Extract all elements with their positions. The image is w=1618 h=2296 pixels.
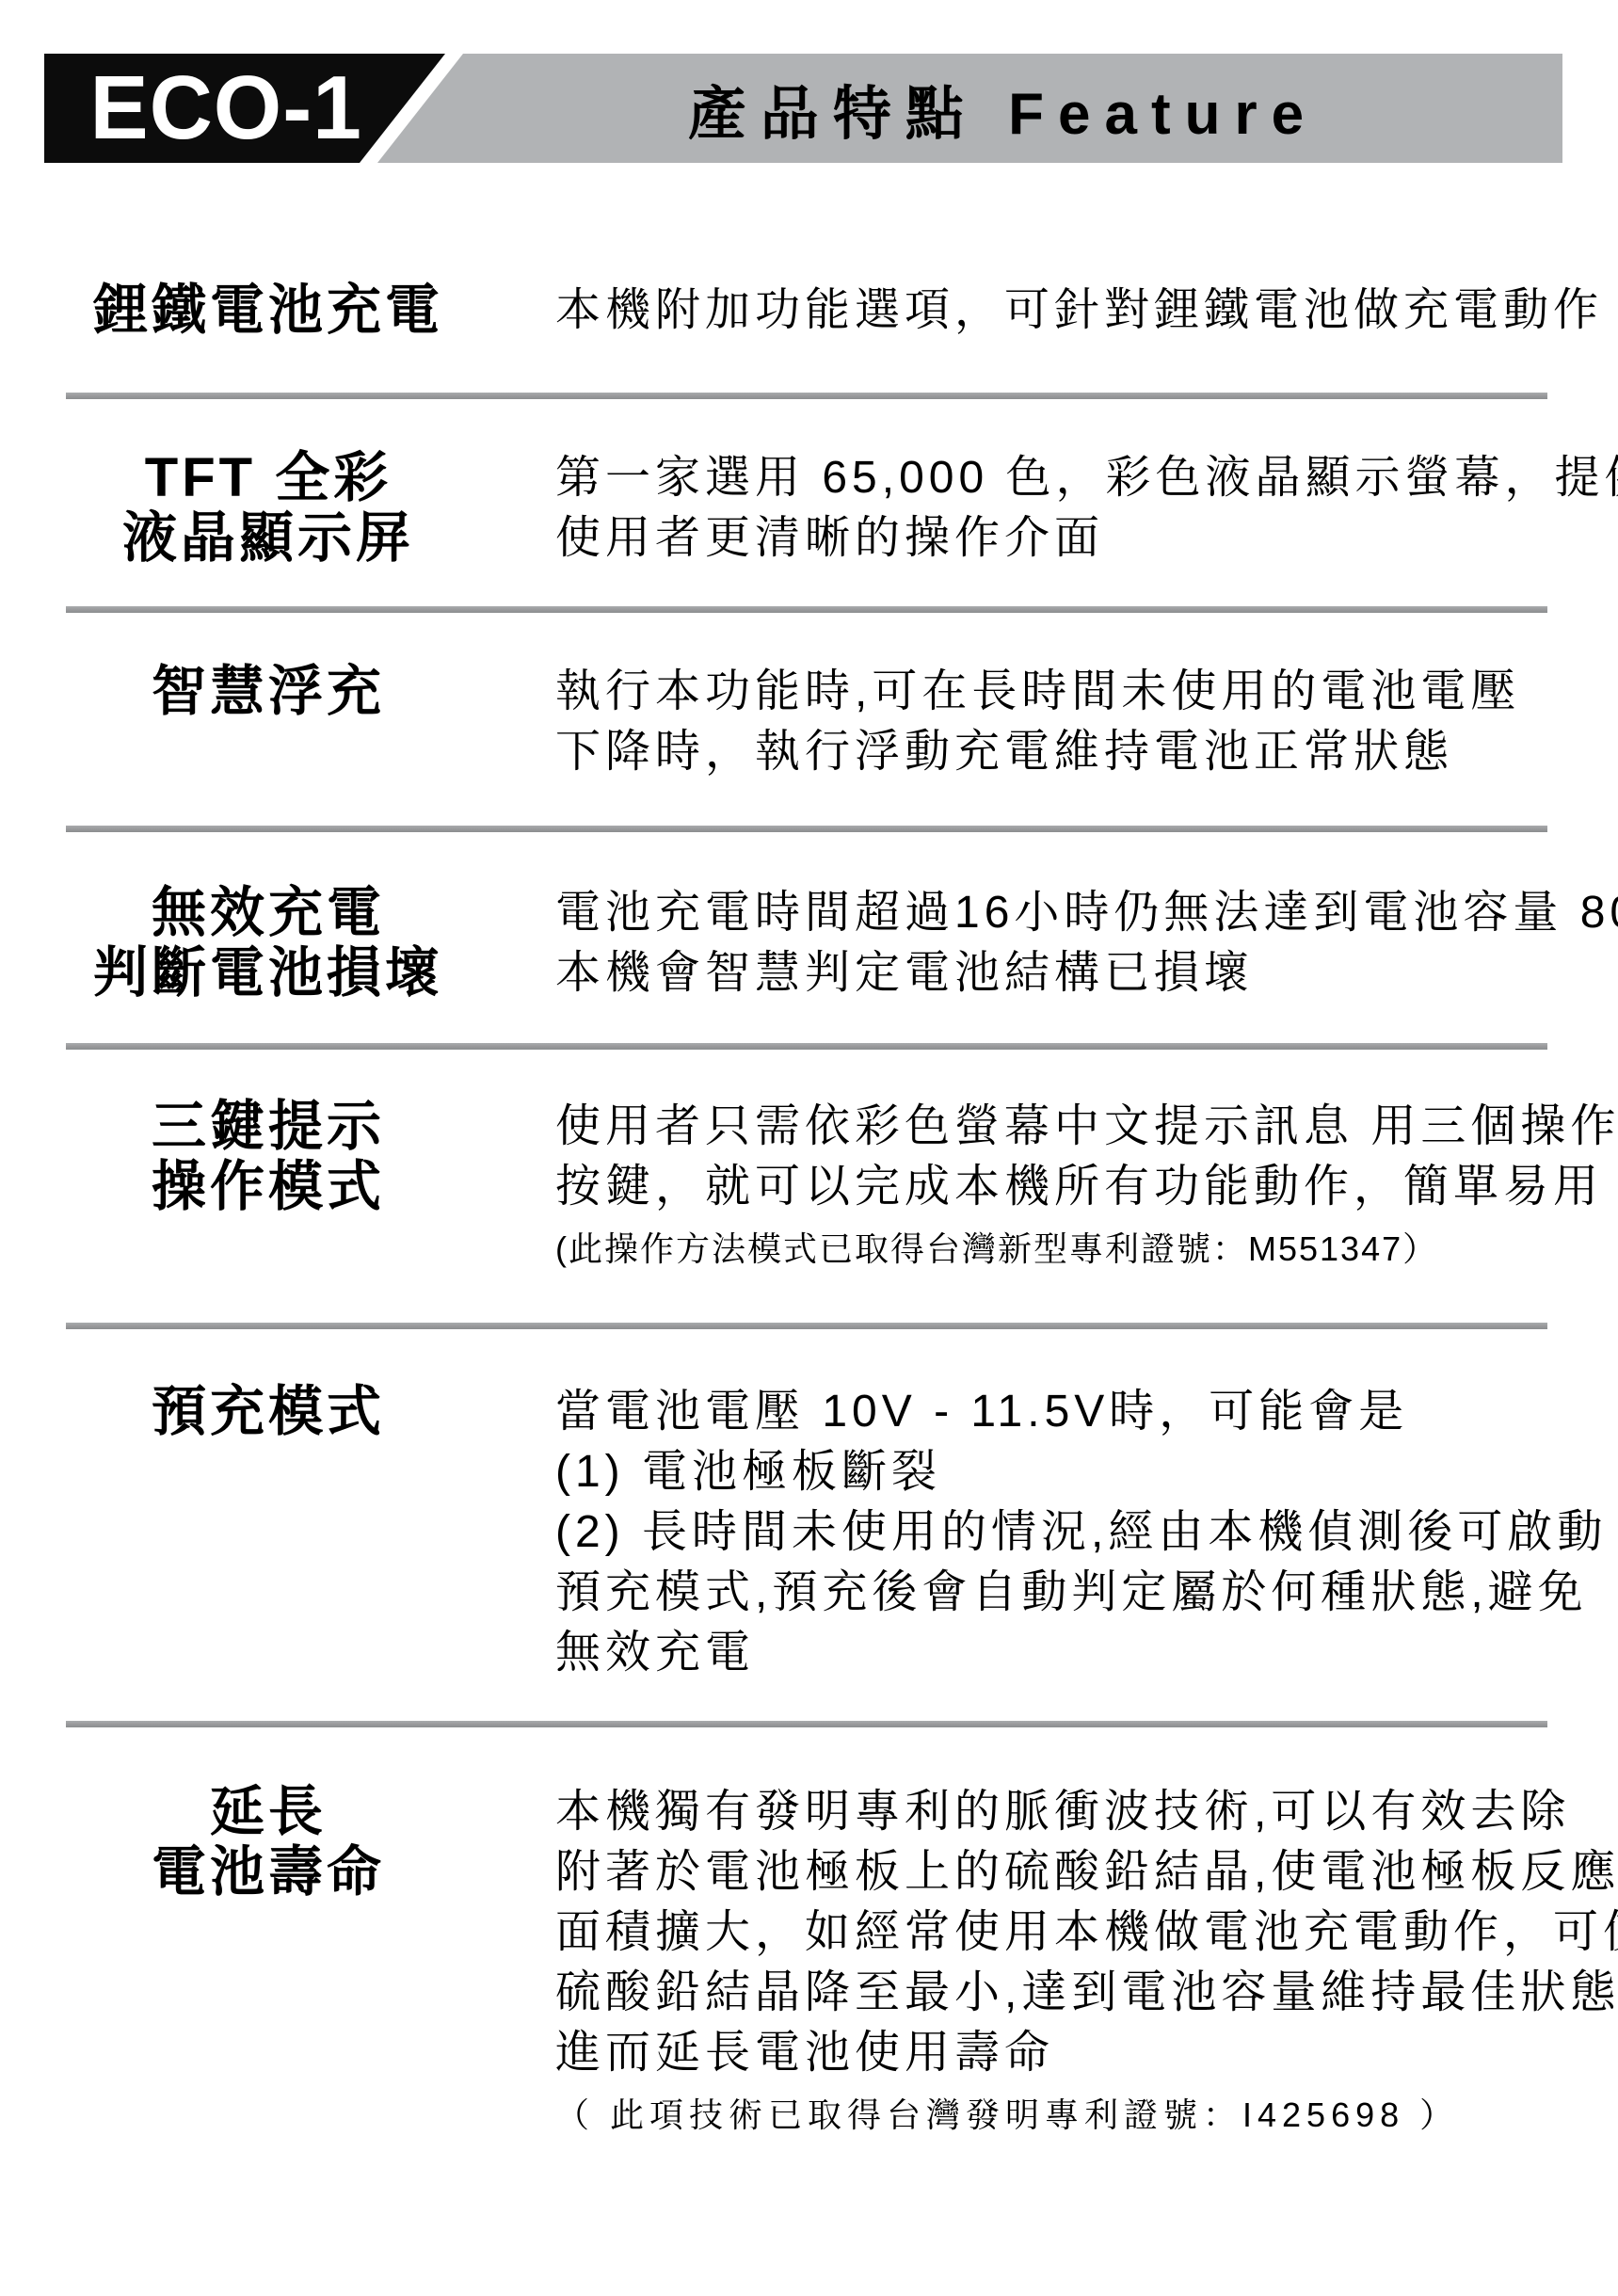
- feature-body-line: 附著於電池極板上的硫酸鉛結晶,使電池極板反應: [555, 1842, 1618, 1903]
- row-divider: [66, 1323, 1547, 1329]
- row-divider: [66, 1043, 1547, 1050]
- feature-row-invalid-charge-detect: 無效充電 判斷電池損壞 電池充電時間超過16小時仍無法達到電池容量 80% 本機…: [56, 832, 1562, 1043]
- feature-label-line: 判斷電池損壞: [56, 943, 480, 1003]
- feature-body-line: 本機獨有發明專利的脈衝波技術,可以有效去除: [555, 1782, 1618, 1842]
- feature-body-line: 下降時，執行浮動充電維持電池正常狀態: [555, 722, 1562, 782]
- feature-description: 電池充電時間超過16小時仍無法達到電池容量 80% 本機會智慧判定電池結構已損壞: [555, 883, 1618, 1003]
- feature-body-line: 面積擴大，如經常使用本機做電池充電動作，可使: [555, 1903, 1618, 1963]
- feature-label-line: TFT 全彩: [56, 448, 480, 508]
- feature-body-line: 電池充電時間超過16小時仍無法達到電池容量 80%: [555, 883, 1618, 943]
- section-banner: 產品特點 Feature: [377, 54, 1562, 163]
- row-divider: [66, 826, 1547, 832]
- feature-label-line: 液晶顯示屏: [56, 508, 480, 569]
- feature-body-line: 進而延長電池使用壽命: [555, 2023, 1618, 2083]
- row-divider: [66, 393, 1547, 399]
- feature-description: 本機獨有發明專利的脈衝波技術,可以有效去除 附著於電池極板上的硫酸鉛結晶,使電池…: [555, 1782, 1618, 2142]
- feature-label-line: 無效充電: [56, 883, 480, 943]
- feature-label-line: 延長: [56, 1782, 480, 1842]
- feature-description: 當電池電壓 10V - 11.5V時，可能會是 (1) 電池極板斷裂 (2) 長…: [555, 1382, 1607, 1683]
- feature-table: 鋰鐵電池充電 本機附加功能選項，可針對鋰鐵電池做充電動作 TFT 全彩 液晶顯示…: [56, 163, 1562, 2198]
- feature-description: 本機附加功能選項，可針對鋰鐵電池做充電動作: [555, 281, 1603, 341]
- feature-description: 第一家選用 65,000 色，彩色液晶顯示螢幕，提供 使用者更清晰的操作介面: [555, 448, 1618, 569]
- feature-label-line: 智慧浮充: [56, 662, 480, 722]
- patent-note: （ 此項技術已取得台灣發明專利證號：I425698 ）: [555, 2089, 1618, 2142]
- feature-body-line: 本機附加功能選項，可針對鋰鐵電池做充電動作: [555, 281, 1603, 341]
- feature-body-line: 第一家選用 65,000 色，彩色液晶顯示螢幕，提供: [555, 448, 1618, 508]
- feature-row-three-key-operation: 三鍵提示 操作模式 使用者只需依彩色螢幕中文提示訊息 用三個操作 按鍵，就可以完…: [56, 1050, 1562, 1323]
- row-divider: [66, 1721, 1547, 1727]
- model-name: ECO-1: [44, 63, 362, 153]
- model-badge: ECO-1: [44, 54, 445, 163]
- feature-body-line: 當電池電壓 10V - 11.5V時，可能會是: [555, 1382, 1607, 1442]
- feature-label: 智慧浮充: [56, 662, 480, 782]
- feature-row-extend-battery-life: 延長 電池壽命 本機獨有發明專利的脈衝波技術,可以有效去除 附著於電池極板上的硫…: [56, 1727, 1562, 2198]
- feature-body-line: 按鍵，就可以完成本機所有功能動作，簡單易用: [555, 1157, 1618, 1217]
- feature-label: TFT 全彩 液晶顯示屏: [56, 448, 480, 569]
- feature-label-line: 預充模式: [56, 1382, 480, 1442]
- feature-label-line: 電池壽命: [56, 1842, 480, 1903]
- feature-label-line: 操作模式: [56, 1157, 480, 1217]
- feature-body-line: 執行本功能時,可在長時間未使用的電池電壓: [555, 662, 1562, 722]
- page: { "header": { "model": "ECO-1", "title":…: [0, 0, 1618, 2296]
- feature-label: 三鍵提示 操作模式: [56, 1097, 480, 1276]
- feature-row-tft-display: TFT 全彩 液晶顯示屏 第一家選用 65,000 色，彩色液晶顯示螢幕，提供 …: [56, 399, 1562, 606]
- feature-body-line: 本機會智慧判定電池結構已損壞: [555, 943, 1618, 1003]
- feature-body-line: 硫酸鉛結晶降至最小,達到電池容量維持最佳狀態: [555, 1963, 1618, 2023]
- section-title: 產品特點 Feature: [622, 67, 1318, 151]
- feature-label: 延長 電池壽命: [56, 1782, 480, 2142]
- feature-label: 無效充電 判斷電池損壞: [56, 883, 480, 1003]
- feature-row-precharge-mode: 預充模式 當電池電壓 10V - 11.5V時，可能會是 (1) 電池極板斷裂 …: [56, 1329, 1562, 1721]
- feature-label: 鋰鐵電池充電: [56, 281, 480, 341]
- feature-body-line: 使用者只需依彩色螢幕中文提示訊息 用三個操作: [555, 1097, 1618, 1157]
- feature-row-smart-float-charge: 智慧浮充 執行本功能時,可在長時間未使用的電池電壓 下降時，執行浮動充電維持電池…: [56, 613, 1562, 826]
- feature-body-line: (1) 電池極板斷裂: [555, 1442, 1607, 1502]
- patent-note: (此操作方法模式已取得台灣新型專利證號：M551347）: [555, 1223, 1618, 1276]
- feature-body-line: 無效充電: [555, 1623, 1607, 1683]
- feature-body-line: 使用者更清晰的操作介面: [555, 508, 1618, 569]
- feature-description: 使用者只需依彩色螢幕中文提示訊息 用三個操作 按鍵，就可以完成本機所有功能動作，…: [555, 1097, 1618, 1276]
- feature-body-line: 預充模式,預充後會自動判定屬於何種狀態,避免: [555, 1563, 1607, 1623]
- feature-row-lithium-iron-charging: 鋰鐵電池充電 本機附加功能選項，可針對鋰鐵電池做充電動作: [56, 163, 1562, 393]
- feature-description: 執行本功能時,可在長時間未使用的電池電壓 下降時，執行浮動充電維持電池正常狀態: [555, 662, 1562, 782]
- feature-body-line: (2) 長時間未使用的情況,經由本機偵測後可啟動: [555, 1502, 1607, 1563]
- feature-label-line: 鋰鐵電池充電: [56, 281, 480, 341]
- feature-label-line: 三鍵提示: [56, 1097, 480, 1157]
- feature-label: 預充模式: [56, 1382, 480, 1683]
- row-divider: [66, 606, 1547, 613]
